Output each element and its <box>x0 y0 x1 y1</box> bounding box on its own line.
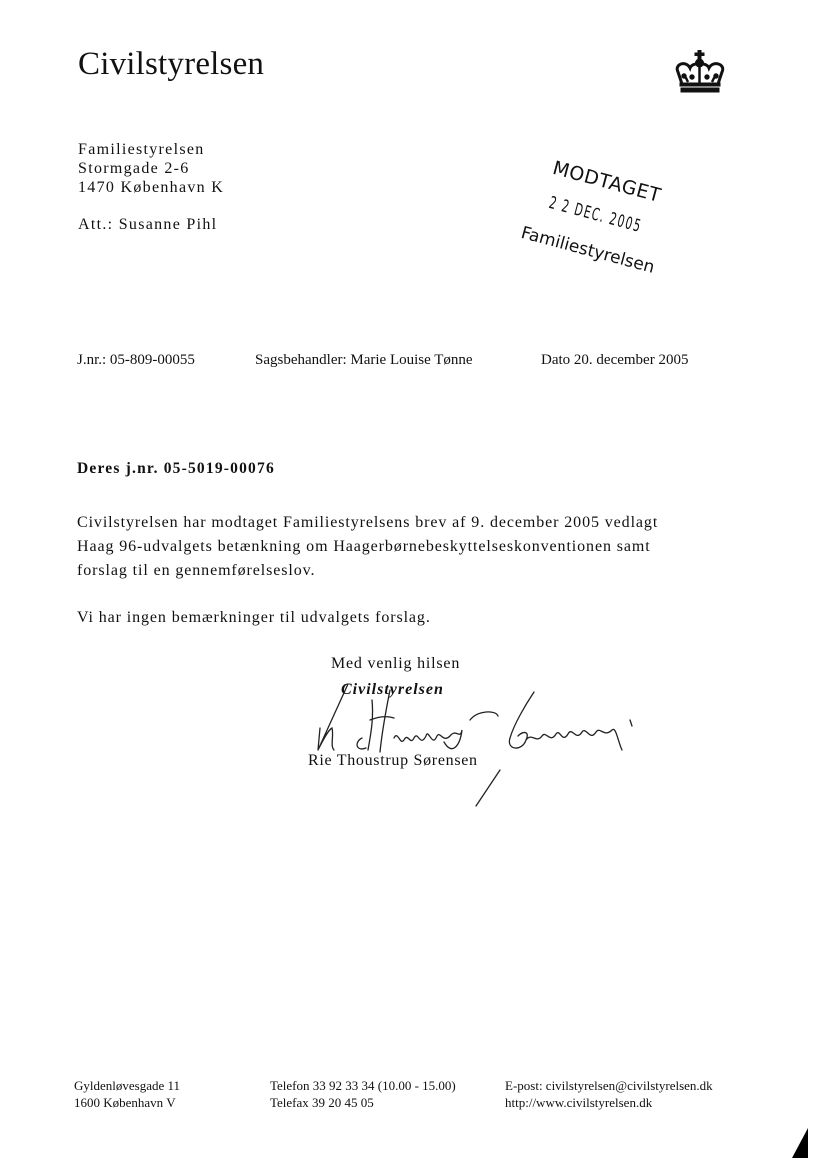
footer-website[interactable]: http://www.civilstyrelsen.dk <box>505 1094 713 1111</box>
footer-telephone: Telefon 33 92 33 34 (10.00 - 15.00) <box>270 1077 456 1094</box>
footer-address: Gyldenløvesgade 11 1600 København V <box>74 1077 180 1111</box>
recipient-address: Familiestyrelsen Stormgade 2-6 1470 Købe… <box>78 140 224 197</box>
body-line: forslag til en gennemførelseslov. <box>77 559 757 583</box>
signer-name: Rie Thoustrup Sørensen <box>308 752 478 770</box>
footer-phone: Telefon 33 92 33 34 (10.00 - 15.00) Tele… <box>270 1077 456 1111</box>
letterhead-title: Civilstyrelsen <box>78 46 264 83</box>
body-paragraph-1: Civilstyrelsen har modtaget Familiestyre… <box>77 511 757 583</box>
page-corner-mark-icon <box>790 1128 810 1158</box>
closing-greeting: Med venlig hilsen <box>331 655 460 673</box>
footer-email[interactable]: E-post: civilstyrelsen@civilstyrelsen.dk <box>505 1077 713 1094</box>
footer-street: Gyldenløvesgade 11 <box>74 1077 180 1094</box>
case-handler: Sagsbehandler: Marie Louise Tønne <box>255 352 473 369</box>
royal-crown-icon <box>672 50 728 94</box>
journal-number: J.nr.: 05-809-00055 <box>77 352 195 369</box>
footer-contact: E-post: civilstyrelsen@civilstyrelsen.dk… <box>505 1077 713 1111</box>
letter-date: Dato 20. december 2005 <box>541 352 688 369</box>
recipient-attention: Att.: Susanne Pihl <box>78 216 217 234</box>
received-stamp: MODTAGET 2 2 DEC. 2005 Familiestyrelsen <box>520 165 690 275</box>
handwritten-signature <box>300 680 660 810</box>
body-line: Haag 96-udvalgets betænkning om Haagerbø… <box>77 535 757 559</box>
reference-row: J.nr.: 05-809-00055 Sagsbehandler: Marie… <box>0 352 825 372</box>
footer-telefax: Telefax 39 20 45 05 <box>270 1094 456 1111</box>
their-reference: Deres j.nr. 05-5019-00076 <box>77 460 275 478</box>
body-line: Civilstyrelsen har modtaget Familiestyre… <box>77 511 757 535</box>
footer-city: 1600 København V <box>74 1094 180 1111</box>
recipient-name: Familiestyrelsen <box>78 140 224 159</box>
recipient-street: Stormgade 2-6 <box>78 159 224 178</box>
recipient-city: 1470 København K <box>78 178 224 197</box>
body-paragraph-2: Vi har ingen bemærkninger til udvalgets … <box>77 609 431 627</box>
